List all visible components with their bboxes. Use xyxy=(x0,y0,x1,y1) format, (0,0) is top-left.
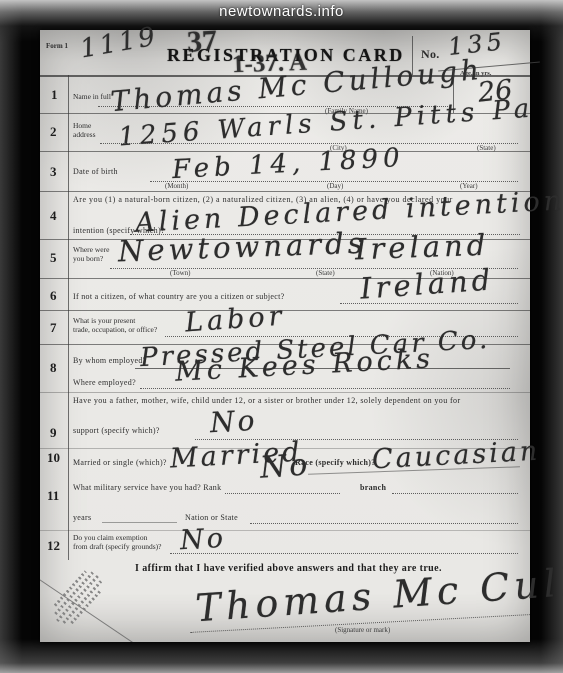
trade-value-handwritten: Labor xyxy=(184,303,286,337)
row-number-11: 11 xyxy=(47,488,59,504)
day-sub: (Day) xyxy=(327,182,343,190)
town-sub: (Town) xyxy=(170,269,191,277)
home-address-label-2: address xyxy=(73,130,96,139)
row-number-1: 1 xyxy=(51,87,58,103)
trade-label-1: What is your present xyxy=(73,316,135,325)
year-sub: (Year) xyxy=(460,182,478,190)
nation-state-label: Nation or State xyxy=(185,513,238,522)
row-number-8: 8 xyxy=(50,360,57,376)
branch-label: branch xyxy=(360,483,386,492)
address-answer-line xyxy=(100,142,518,144)
subject-answer-line xyxy=(340,302,518,304)
born-state-sub: (State) xyxy=(316,269,335,277)
branch-answer-line xyxy=(392,492,518,494)
row-number-4: 4 xyxy=(50,208,57,224)
registration-card: Form 1 1119 REGISTRATION CARD 37 1-37. A… xyxy=(40,30,530,642)
row-number-3: 3 xyxy=(50,164,57,180)
row-number-2: 2 xyxy=(50,124,57,140)
military-label: What military service have you had? Rank xyxy=(73,483,221,492)
employer-label: By whom employed? xyxy=(73,356,147,365)
form-label: Form 1 xyxy=(46,42,68,50)
born-label-1: Where were xyxy=(73,245,109,254)
row-number-12: 12 xyxy=(47,538,60,554)
years-answer-line xyxy=(102,522,177,523)
row-number-10: 10 xyxy=(47,450,60,466)
stamp-number-top: 37 xyxy=(186,24,218,60)
dependents-question-2: support (specify which)? xyxy=(73,426,160,435)
row-number-6: 6 xyxy=(50,288,57,304)
where-employed-label: Where employed? xyxy=(73,378,136,387)
exemption-answer-line xyxy=(170,552,518,554)
exemption-label-2: from draft (specify grounds)? xyxy=(73,542,162,551)
dob-label: Date of birth xyxy=(73,167,118,176)
years-label: years xyxy=(73,513,91,522)
subject-value-handwritten: Ireland xyxy=(359,265,495,303)
nation-state-answer-line xyxy=(250,522,518,524)
name-label: Name in full xyxy=(73,92,111,101)
exemption-value-handwritten: No xyxy=(179,525,226,554)
subject-label: If not a citizen, of what country are yo… xyxy=(73,292,285,301)
site-title: newtownards.info xyxy=(0,3,563,20)
home-address-label-1: Home xyxy=(73,121,91,130)
row-number-7: 7 xyxy=(50,320,57,336)
rank-answer-line xyxy=(225,492,340,494)
row-number-5: 5 xyxy=(50,250,57,266)
where-employed-answer-line xyxy=(140,387,510,389)
signature-sub: (Signature or mark) xyxy=(335,626,390,634)
dependents-value-handwritten: No xyxy=(209,407,258,437)
married-label: Married or single (which)? xyxy=(73,458,167,467)
exemption-label-1: Do you claim exemption xyxy=(73,533,147,542)
row11-rule xyxy=(40,530,530,531)
row8-rule xyxy=(40,392,530,393)
trade-label-2: trade, occupation, or office? xyxy=(73,325,157,334)
born-nation-handwritten: Ireland xyxy=(355,231,490,265)
serial-number-handwritten: 1119 xyxy=(78,23,159,62)
born-label-2: you born? xyxy=(73,254,103,263)
number-column-divider xyxy=(68,75,69,560)
month-sub: (Month) xyxy=(165,182,188,190)
military-value-handwritten: No xyxy=(259,450,311,483)
row-number-9: 9 xyxy=(50,425,57,441)
page: newtownards.info Form 1 1119 REGISTRATIO… xyxy=(0,0,563,673)
corner-stamp xyxy=(40,554,165,642)
born-town-handwritten: Newtownards xyxy=(118,229,367,267)
dependents-question-1: Have you a father, mother, wife, child u… xyxy=(73,396,461,405)
